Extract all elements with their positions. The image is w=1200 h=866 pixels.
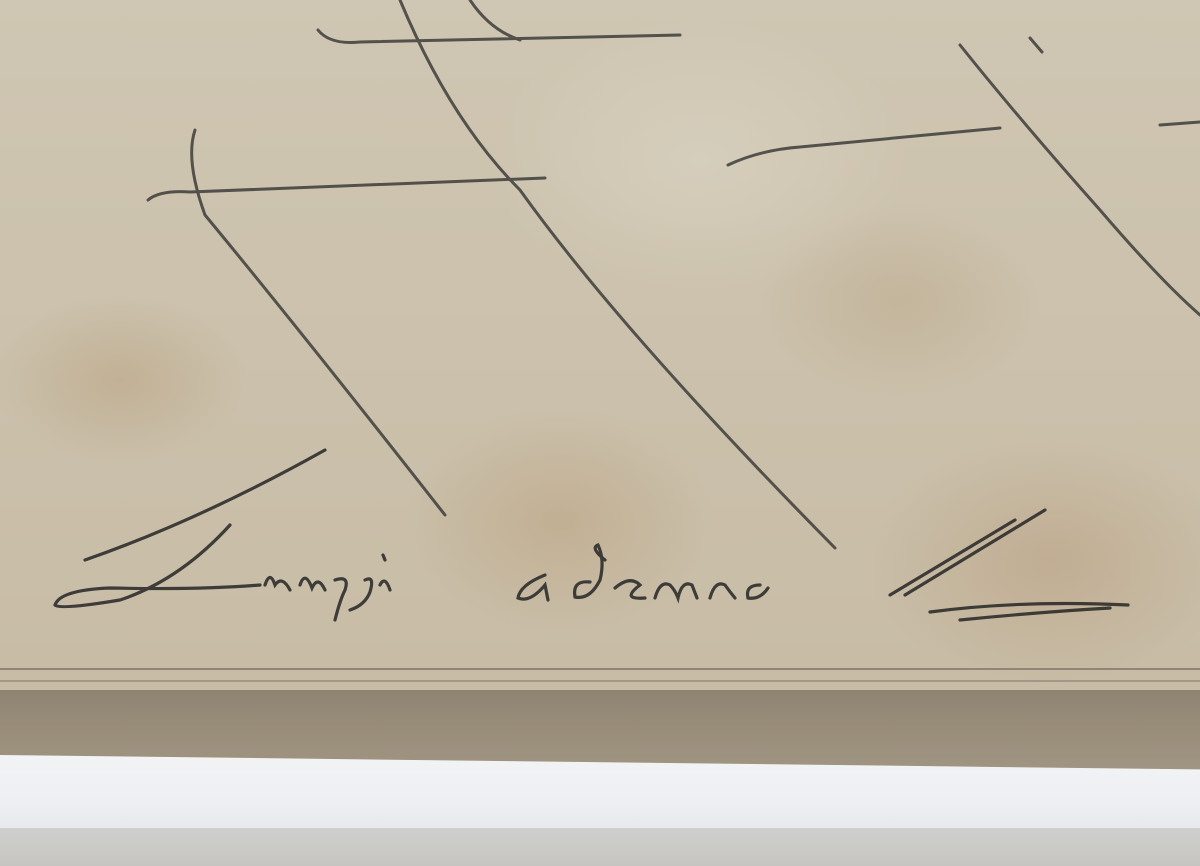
signature-strokes [55,450,1128,620]
photograph: Luigi Ademollo [0,0,1200,866]
pencil-drawing [0,0,1200,866]
